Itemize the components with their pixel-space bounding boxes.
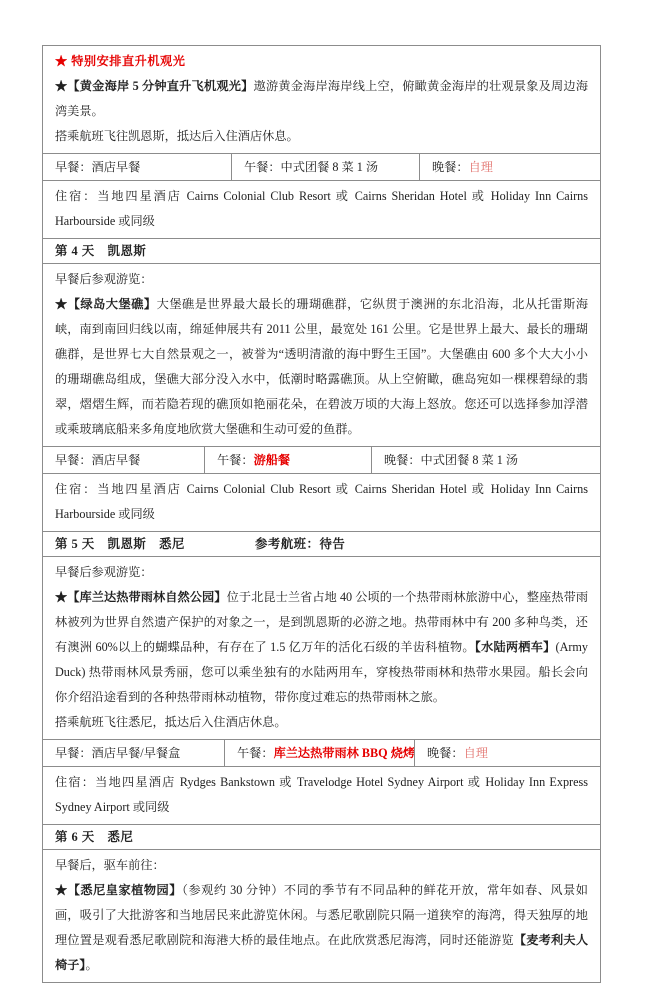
- day4-activity-desc: 大堡礁是世界最大最长的珊瑚礁群，它纵贯于澳洲的东北沿海，北从托雷斯海峡，南到南回…: [55, 297, 588, 436]
- meals-row-day3: 早餐：酒店早餐 午餐：中式团餐 8 菜 1 汤 晚餐：自理: [43, 153, 600, 180]
- dinner-value: 自理: [464, 746, 488, 760]
- day4-content-cell: 早餐后参观游览： ★【绿岛大堡礁】大堡礁是世界最大最长的珊瑚礁群，它纵贯于澳洲的…: [43, 263, 600, 446]
- dinner-cell: 晚餐：自理: [414, 740, 600, 766]
- hotel-row-day5: 住宿：当地四星酒店 Rydges Bankstown 或 Travelodge …: [43, 766, 600, 824]
- dinner-cell: 晚餐：自理: [419, 154, 600, 180]
- day5-flight-ref: 参考航班：待告: [255, 537, 345, 551]
- lunch-cell: 午餐：中式团餐 8 菜 1 汤: [231, 154, 419, 180]
- breakfast-cell: 早餐：酒店早餐: [43, 154, 231, 180]
- day4-intro: 早餐后参观游览：: [55, 267, 588, 292]
- special-note-cell: ★ 特别安排直升机观光 ★【黄金海岸 5 分钟直升飞机观光】遨游黄金海岸海岸线上…: [43, 46, 600, 153]
- meals-row-day5: 早餐：酒店早餐/早餐盒 午餐：库兰达热带雨林 BBQ 烧烤餐 晚餐：自理: [43, 739, 600, 766]
- meals-row-day4: 早餐：酒店早餐 午餐：游船餐 晚餐：中式团餐 8 菜 1 汤: [43, 446, 600, 473]
- lunch-label: 午餐：: [237, 746, 274, 760]
- day5-transfer-note: 搭乘航班飞往悉尼，抵达后入住酒店休息。: [55, 710, 588, 735]
- lunch-label: 午餐：: [217, 453, 254, 467]
- dinner-label: 晚餐：: [432, 160, 469, 174]
- hotel-row-day3: 住宿：当地四星酒店 Cairns Colonial Club Resort 或 …: [43, 180, 600, 238]
- breakfast-cell: 早餐：酒店早餐/早餐盒: [43, 740, 224, 766]
- day6-content-cell: 早餐后，驱车前往： ★【悉尼皇家植物园】（参观约 30 分钟）不同的季节有不同品…: [43, 849, 600, 982]
- special-note-title: ★ 特别安排直升机观光: [55, 49, 588, 74]
- dinner-text: 晚餐：中式团餐 8 菜 1 汤: [384, 453, 518, 467]
- dinner-cell: 晚餐：中式团餐 8 菜 1 汤: [371, 447, 600, 473]
- day6-title: 第 6 天 悉尼: [55, 825, 255, 849]
- hotel-text: 住宿：当地四星酒店 Cairns Colonial Club Resort 或 …: [55, 477, 588, 527]
- itinerary-table: ★ 特别安排直升机观光 ★【黄金海岸 5 分钟直升飞机观光】遨游黄金海岸海岸线上…: [42, 45, 601, 983]
- lunch-value: 游船餐: [254, 453, 291, 467]
- day5-activity-name: ★【库兰达热带雨林自然公园】: [55, 590, 227, 604]
- day5-intro: 早餐后参观游览：: [55, 560, 588, 585]
- day6-header: 第 6 天 悉尼: [43, 824, 600, 849]
- day5-content-cell: 早餐后参观游览： ★【库兰达热带雨林自然公园】位于北昆士兰省占地 40 公顷的一…: [43, 556, 600, 739]
- lunch-cell: 午餐：游船餐: [204, 447, 371, 473]
- day3-transfer-note: 搭乘航班飞往凯恩斯，抵达后入住酒店休息。: [55, 124, 588, 149]
- lunch-cell: 午餐：库兰达热带雨林 BBQ 烧烤餐: [224, 740, 414, 766]
- day3-activity-paragraph: ★【黄金海岸 5 分钟直升飞机观光】遨游黄金海岸海岸线上空，俯瞰黄金海岸的壮观景…: [55, 74, 588, 124]
- lunch-value: 库兰达热带雨林 BBQ 烧烤餐: [274, 746, 414, 760]
- dinner-label: 晚餐：: [427, 746, 464, 760]
- breakfast-text: 早餐：酒店早餐: [55, 453, 140, 467]
- day6-activity-paragraph: ★【悉尼皇家植物园】（参观约 30 分钟）不同的季节有不同品种的鲜花开放，常年如…: [55, 878, 588, 978]
- day5-header: 第 5 天 凯恩斯 悉尼参考航班：待告: [43, 531, 600, 556]
- day5-title: 第 5 天 凯恩斯 悉尼: [55, 532, 255, 556]
- day5-activity-paragraph: ★【库兰达热带雨林自然公园】位于北昆士兰省占地 40 公顷的一个热带雨林旅游中心…: [55, 585, 588, 710]
- hotel-text: 住宿：当地四星酒店 Rydges Bankstown 或 Travelodge …: [55, 770, 588, 820]
- day4-header: 第 4 天 凯恩斯: [43, 238, 600, 263]
- day6-intro: 早餐后，驱车前往：: [55, 853, 588, 878]
- day3-activity-name: ★【黄金海岸 5 分钟直升飞机观光】: [55, 79, 254, 93]
- hotel-row-day4: 住宿：当地四星酒店 Cairns Colonial Club Resort 或 …: [43, 473, 600, 531]
- day4-activity-name: ★【绿岛大堡礁】: [55, 297, 157, 311]
- day6-activity-name: ★【悉尼皇家植物园】: [55, 883, 182, 897]
- day6-activity-desc2: 。: [85, 958, 97, 972]
- day4-title: 第 4 天 凯恩斯: [55, 239, 255, 263]
- breakfast-text: 早餐：酒店早餐: [55, 160, 140, 174]
- lunch-text: 午餐：中式团餐 8 菜 1 汤: [244, 160, 378, 174]
- hotel-text: 住宿：当地四星酒店 Cairns Colonial Club Resort 或 …: [55, 184, 588, 234]
- day4-activity-paragraph: ★【绿岛大堡礁】大堡礁是世界最大最长的珊瑚礁群，它纵贯于澳洲的东北沿海，北从托雷…: [55, 292, 588, 442]
- dinner-value: 自理: [469, 160, 493, 174]
- day5-activity-name2: 【水陆两栖车】: [475, 640, 556, 654]
- breakfast-text: 早餐：酒店早餐/早餐盒: [55, 746, 180, 760]
- breakfast-cell: 早餐：酒店早餐: [43, 447, 204, 473]
